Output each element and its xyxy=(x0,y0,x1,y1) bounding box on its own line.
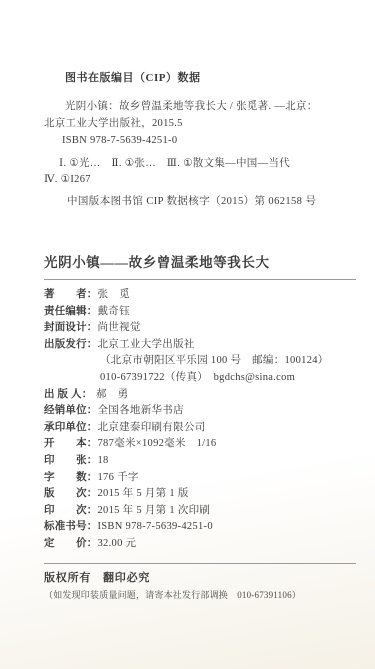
detail-label: 承印单位： xyxy=(44,420,98,437)
detail-value: 全国各地新华书店 xyxy=(98,405,184,416)
detail-label: 责任编辑： xyxy=(44,304,98,321)
footer-divider xyxy=(44,563,356,564)
detail-row: 责任编辑：戴奇钰 xyxy=(44,304,356,321)
detail-row: 出 版 人：郝 勇 xyxy=(44,387,356,404)
detail-row: 标准书号：ISBN 978-7-5639-4251-0 xyxy=(44,519,356,536)
cip-entry-line-2: 北京工业大学出版社，2015.5 xyxy=(44,115,356,132)
detail-label: 印 张： xyxy=(44,453,98,470)
detail-value: 戴奇钰 xyxy=(98,306,130,317)
publication-details: 著 者：张 觅 责任编辑：戴奇钰 封面设计：尚世视觉 出版发行：北京工业大学出版… xyxy=(44,287,356,553)
cip-class-line-1: Ⅰ. ①光… Ⅱ. ①张… Ⅲ. ①散文集—中国—当代 xyxy=(44,156,356,172)
detail-label: 标准书号： xyxy=(44,519,98,536)
detail-label: 出版发行： xyxy=(44,337,98,354)
detail-label: 封面设计： xyxy=(44,320,98,337)
detail-row: 封面设计：尚世视觉 xyxy=(44,320,356,337)
detail-row: （北京市朝阳区平乐园 100 号 邮编：100124） xyxy=(44,353,356,370)
detail-row: 字 数：176 千字 xyxy=(44,470,356,487)
detail-row: 经销单位：全国各地新华书店 xyxy=(44,403,356,420)
exchange-note: （如发现印装质量问题，请寄本社发行部调换 010-67391106） xyxy=(44,589,356,601)
detail-row: 开 本：787毫米×1092毫米 1/16 xyxy=(44,436,356,453)
detail-row: 著 者：张 觅 xyxy=(44,287,356,304)
cip-entry-line-1: 光阴小镇：故乡曾温柔地等我长大 / 张觅著. —北京： xyxy=(44,98,356,115)
detail-value: 176 千字 xyxy=(98,472,139,483)
detail-label: 印 次： xyxy=(44,503,98,520)
copyright-page: 图书在版编目（CIP）数据 光阴小镇：故乡曾温柔地等我长大 / 张觅著. —北京… xyxy=(0,0,375,669)
detail-row: 印 张：18 xyxy=(44,453,356,470)
detail-row: 出版发行：北京工业大学出版社 xyxy=(44,337,356,354)
detail-row: 印 次：2015 年 5 月第 1 次印刷 xyxy=(44,503,356,520)
cip-record-line: 中国版本图书馆 CIP 数据核字（2015）第 062158 号 xyxy=(44,194,356,210)
detail-row: 版 次：2015 年 5 月第 1 版 xyxy=(44,486,356,503)
cip-heading: 图书在版编目（CIP）数据 xyxy=(65,72,356,85)
detail-label: 定 价： xyxy=(44,536,98,553)
detail-row: 010-67391722（传真） bgdchs@sina.com xyxy=(44,370,356,387)
detail-value: 郝 勇 xyxy=(96,389,128,400)
detail-label: 字 数： xyxy=(44,470,98,487)
cip-block: 图书在版编目（CIP）数据 光阴小镇：故乡曾温柔地等我长大 / 张觅著. —北京… xyxy=(44,72,356,210)
cip-isbn-line: ISBN 978-7-5639-4251-0 xyxy=(44,132,356,149)
detail-label: 经销单位： xyxy=(44,403,98,420)
detail-value: 2015 年 5 月第 1 版 xyxy=(98,488,189,499)
detail-value: 张 觅 xyxy=(98,289,130,300)
cip-classification: Ⅰ. ①光… Ⅱ. ①张… Ⅲ. ①散文集—中国—当代 Ⅳ. ①I267 xyxy=(44,156,356,188)
copyright-notice: 版权所有 翻印必究 xyxy=(44,571,356,585)
detail-value: 32.00 元 xyxy=(98,538,137,549)
detail-value: 2015 年 5 月第 1 次印刷 xyxy=(98,505,211,516)
detail-value: 北京工业大学出版社 xyxy=(98,339,195,350)
detail-label: 出 版 人： xyxy=(44,387,96,404)
detail-label: 开 本： xyxy=(44,436,98,453)
detail-value: 010-67391722（传真） bgdchs@sina.com xyxy=(100,372,295,383)
detail-label: 著 者： xyxy=(44,287,98,304)
title-divider xyxy=(44,279,356,280)
detail-value: 北京建泰印刷有限公司 xyxy=(98,422,206,433)
detail-value: （北京市朝阳区平乐园 100 号 邮编：100124） xyxy=(100,355,329,366)
cip-entry: 光阴小镇：故乡曾温柔地等我长大 / 张觅著. —北京： 北京工业大学出版社，20… xyxy=(44,98,356,149)
detail-value: 787毫米×1092毫米 1/16 xyxy=(98,438,217,449)
detail-value: 尚世视觉 xyxy=(98,322,141,333)
cip-class-line-2: Ⅳ. ①I267 xyxy=(44,172,356,188)
detail-label: 版 次： xyxy=(44,486,98,503)
detail-value: ISBN 978-7-5639-4251-0 xyxy=(98,521,213,532)
book-title: 光阴小镇——故乡曾温柔地等我长大 xyxy=(44,254,356,272)
detail-row: 定 价：32.00 元 xyxy=(44,536,356,553)
detail-row: 承印单位：北京建泰印刷有限公司 xyxy=(44,420,356,437)
detail-value: 18 xyxy=(98,455,109,466)
